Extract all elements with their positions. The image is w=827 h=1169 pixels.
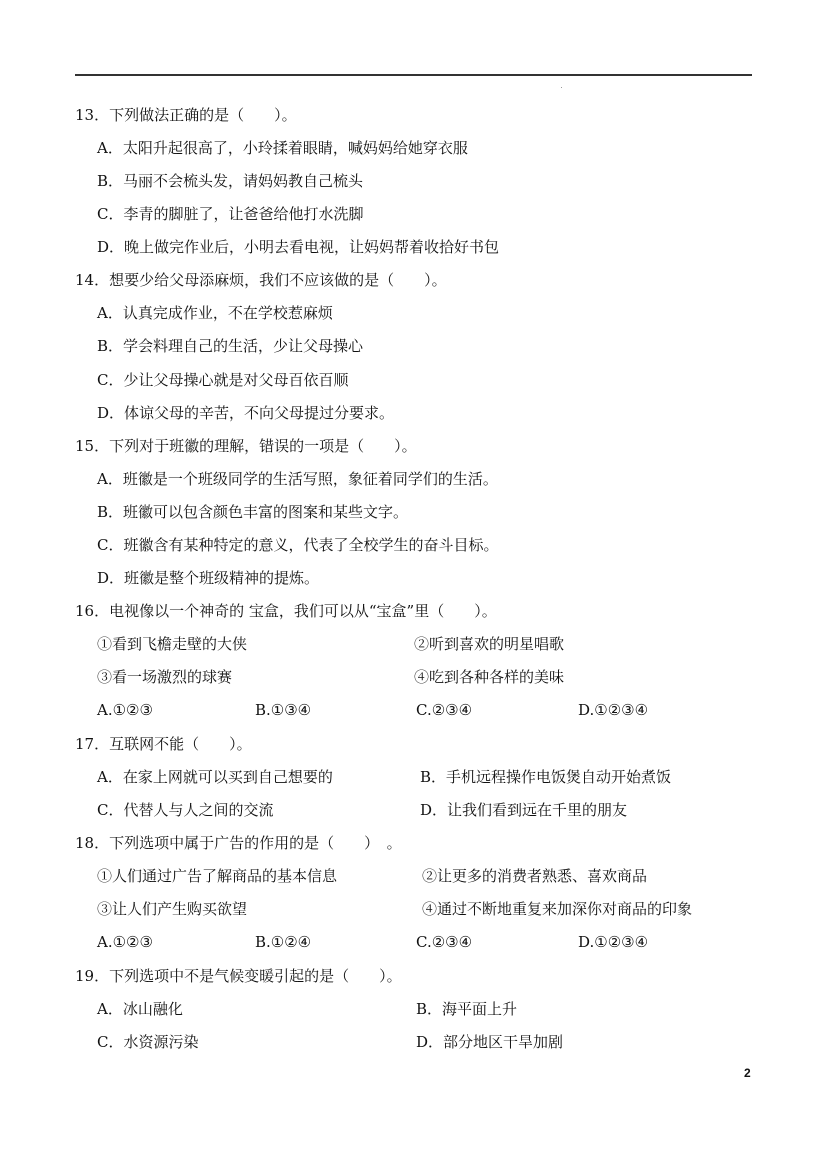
question-14-option-b: B．学会料理自己的生活，少让父母操心 [97,336,363,356]
question-17-option-b: B．手机远程操作电饭煲自动开始煮饭 [420,767,671,787]
question-16-item-1: ①看到飞檐走壁的大侠 [97,634,247,654]
question-18-item-1: ①人们通过广告了解商品的基本信息 [97,866,337,886]
question-18-item-2: ②让更多的消费者熟悉、喜欢商品 [422,866,647,886]
question-18-item-3: ③让人们产生购买欲望 [97,899,247,919]
question-15-option-a: A．班徽是一个班级同学的生活写照，象征着同学们的生活。 [97,469,498,489]
question-13-option-d: D．晚上做完作业后，小明去看电视，让妈妈帮着收拾好书包 [97,237,499,257]
question-15-option-c: C．班徽含有某种特定的意义，代表了全校学生的奋斗目标。 [97,535,498,555]
question-19-option-d: D．部分地区干旱加剧 [416,1032,563,1052]
question-19-option-c: C．水资源污染 [97,1032,198,1052]
question-16-choice-a: A.①②③ [97,700,153,720]
question-19-stem: 19．下列选项中不是气候变暖引起的是（ ）。 [75,966,402,986]
question-15-stem: 15．下列对于班徽的理解，错误的一项是（ ）。 [75,436,417,456]
question-13-option-a: A．太阳升起很高了，小玲揉着眼睛，喊妈妈给她穿衣服 [97,138,468,158]
stray-mark [561,87,562,88]
question-19-option-b: B．海平面上升 [416,999,517,1019]
question-14-option-a: A．认真完成作业，不在学校惹麻烦 [97,303,333,323]
question-18-choice-c: C.②③④ [416,932,472,952]
question-16-item-2: ②听到喜欢的明星唱歌 [414,634,564,654]
question-16-choice-b: B.①③④ [255,700,311,720]
question-15-option-d: D．班徽是整个班级精神的提炼。 [97,568,319,588]
question-18-choice-b: B.①②④ [255,932,311,952]
question-18-item-4: ④通过不断地重复来加深你对商品的印象 [422,899,692,919]
question-18-choice-a: A.①②③ [97,932,153,952]
question-16-item-3: ③看一场激烈的球赛 [97,667,232,687]
question-15-option-b: B．班徽可以包含颜色丰富的图案和某些文字。 [97,502,408,522]
question-14-option-d: D．体谅父母的辛苦，不向父母提过分要求。 [97,403,394,423]
question-17-option-c: C．代替人与人之间的交流 [97,800,273,820]
question-14-stem: 14．想要少给父母添麻烦，我们不应该做的是（ ）。 [75,270,447,290]
question-16-stem: 16．电视像以一个神奇的 宝盒，我们可以从“宝盒”里（ ）。 [75,601,497,621]
question-14-option-c: C．少让父母操心就是对父母百依百顺 [97,370,348,390]
question-16-choice-d: D.①②③④ [578,700,648,720]
question-13-option-c: C．李青的脚脏了，让爸爸给他打水洗脚 [97,204,363,224]
question-18-stem: 18．下列选项中属于广告的作用的是（ ） 。 [75,833,402,853]
header-rule [75,74,752,76]
question-16-item-4: ④吃到各种各样的美味 [414,667,564,687]
page-number: 2 [744,1066,751,1080]
question-19-option-a: A．冰山融化 [97,999,183,1019]
question-13-stem: 13．下列做法正确的是（ ）。 [75,105,297,125]
question-13-option-b: B．马丽不会梳头发，请妈妈教自己梳头 [97,171,363,191]
question-18-choice-d: D.①②③④ [578,932,648,952]
question-17-option-a: A．在家上网就可以买到自己想要的 [97,767,333,787]
question-16-choice-c: C.②③④ [416,700,472,720]
question-17-stem: 17．互联网不能（ ）。 [75,734,252,754]
question-17-option-d: D．让我们看到远在千里的朋友 [420,800,627,820]
